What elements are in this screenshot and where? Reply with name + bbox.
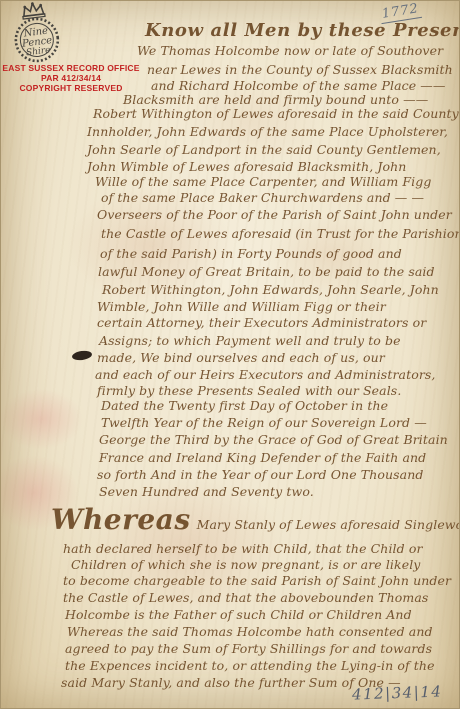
manuscript-line: Innholder, John Edwards of the same Plac… [87,124,448,139]
manuscript-opening-line: Know all Men by these Presentsthat [145,20,460,42]
manuscript-line: of the same Place Baker Churchwardens an… [101,190,424,205]
manuscript-line: Wille of the same Place Carpenter, and W… [95,174,431,189]
manuscript-line: John Searle of Landport in the said Coun… [87,142,441,157]
manuscript-text: Know all Men by these Presentsthat We Th… [1,1,459,708]
manuscript-line: the Castle of Lewes aforesaid (in Trust … [101,226,460,241]
manuscript-line: firmly by these Presents Sealed with our… [97,383,401,398]
manuscript-line: agreed to pay the Sum of Forty Shillings… [65,641,432,656]
manuscript-line: and Richard Holcombe of the same Place —… [151,78,446,93]
manuscript-line: Wimble, John Wille and William Figg or t… [97,299,386,314]
manuscript-line: so forth And in the Year of our Lord One… [97,467,423,482]
whereas-large-script: Whereas [51,503,191,536]
manuscript-line: and each of our Heirs Executors and Admi… [95,367,435,382]
manuscript-line: the Expences incident to, or attending t… [65,658,435,673]
manuscript-line: We Thomas Holcombe now or late of Southo… [137,43,443,58]
manuscript-line: Overseers of the Poor of the Parish of S… [97,207,452,222]
manuscript-line: Children of which she is now pregnant, i… [71,557,420,572]
manuscript-line: lawful Money of Great Britain, to be pai… [98,264,435,279]
ink-blot [71,350,92,362]
manuscript-line: made, We bind ourselves and each of us, … [97,350,385,365]
manuscript-line: Dated the Twenty first Day of October in… [101,398,388,413]
manuscript-line: Robert Withington of Lewes aforesaid in … [93,106,459,121]
manuscript-line: George the Third by the Grace of God of … [99,432,448,447]
manuscript-line: Assigns; to which Payment well and truly… [99,333,401,348]
opening-large-script: Know all Men by these Presents [145,20,460,41]
manuscript-line: to become chargeable to the said Parish … [63,573,451,588]
document-scan: Nine Pence Shire EAST SUSSEX RECORD OFFI… [0,0,460,709]
manuscript-line: said Mary Stanly, and also the further S… [61,675,401,690]
whereas-line-rest: Mary Stanly of Lewes aforesaid Singlewom… [197,517,460,532]
manuscript-line: of the said Parish) in Forty Pounds of g… [100,246,402,261]
manuscript-line: Seven Hundred and Seventy two. [99,484,314,499]
manuscript-line: Whereas the said Thomas Holcombe hath co… [67,624,433,639]
manuscript-line: certain Attorney, their Executors Admini… [97,315,426,330]
manuscript-line: Blacksmith are held and firmly bound unt… [123,92,428,107]
manuscript-line: the Castle of Lewes, and that the aboveb… [63,590,428,605]
manuscript-whereas-line: WhereasMary Stanly of Lewes aforesaid Si… [51,503,460,537]
manuscript-line: Twelfth Year of the Reign of our Soverei… [101,415,427,430]
manuscript-line: hath declared herself to be with Child, … [63,541,423,556]
manuscript-line: near Lewes in the County of Sussex Black… [147,62,453,77]
manuscript-line: France and Ireland King Defender of the … [99,450,426,465]
manuscript-line: Holcombe is the Father of such Child or … [65,607,412,622]
manuscript-line: John Wimble of Lewes aforesaid Blacksmit… [87,159,406,174]
manuscript-line: Robert Withington, John Edwards, John Se… [102,282,439,297]
